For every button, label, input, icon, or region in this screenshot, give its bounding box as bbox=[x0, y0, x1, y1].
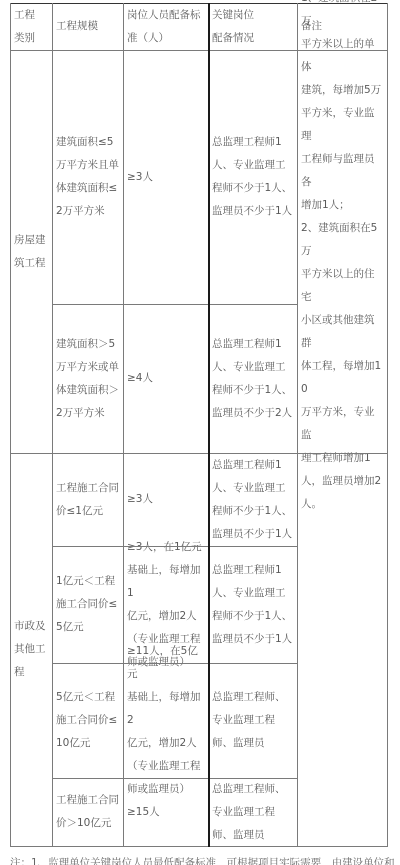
row-2-standard: ≥3人 bbox=[123, 453, 208, 546]
border-col-2 bbox=[123, 3, 124, 847]
border-row-2 bbox=[52, 546, 297, 547]
row-3-scale: 1亿元＜工程 施工合同价≤ 5亿元 bbox=[52, 546, 123, 663]
row-1-standard: ≥4人 bbox=[123, 304, 208, 453]
border-bottom bbox=[10, 846, 388, 847]
row-0-standard: ≥3人 bbox=[123, 50, 208, 304]
border-header bbox=[10, 50, 388, 51]
row-0-key-positions: 总监理工程师1 人、专业监理工 程师不少于1人、 监理员不少于1人 bbox=[208, 50, 297, 304]
row-5-key-positions: 总监理工程师、 专业监理工程 师、监理员 bbox=[208, 778, 297, 846]
border-col-1 bbox=[52, 3, 53, 847]
border-col-3 bbox=[208, 3, 210, 847]
border-category bbox=[10, 453, 388, 454]
row-0-scale: 建筑面积≤5 万平方米且单 体建筑面积≤ 2万平方米 bbox=[52, 50, 123, 304]
border-col-4 bbox=[297, 3, 298, 847]
row-1-scale: 建筑面积＞5 万平方米或单 体建筑面积＞ 2万平方米 bbox=[52, 304, 123, 453]
header-key-positions: 关键岗位 配备情况 bbox=[208, 3, 297, 50]
border-row-4 bbox=[52, 778, 297, 779]
row-3-key-positions: 总监理工程师1 人、专业监理工 程师不少于1人、 监理员不少于1人 bbox=[208, 546, 297, 663]
row-4-key-positions: 总监理工程师、 专业监理工程 师、监理员 bbox=[208, 663, 297, 778]
remarks-building: 1、建筑面积在2万 平方米以上的单体 建筑，每增加5万 平方米，专业监理 工程师… bbox=[297, 50, 388, 453]
footnote: 注：1、监理单位关键岗位人员最低配备标准，可根据项目实际需要，由建设单位和 bbox=[10, 856, 400, 865]
header-standard: 岗位人员配备标 准（人） bbox=[123, 3, 208, 50]
header-category: 工程 类别 bbox=[10, 3, 52, 50]
row-1-key-positions: 总监理工程师1 人、专业监理工 程师不少于1人、 监理员不少于2人 bbox=[208, 304, 297, 453]
row-4-standard: ≥11人，在5亿元 基础上，每增加2 亿元，增加2人 （专业监理工程 师或监理员… bbox=[123, 663, 208, 778]
row-2-key-positions: 总监理工程师1 人、专业监理工 程师不少于1人、 监理员不少于1人 bbox=[208, 453, 297, 546]
border-row-3 bbox=[52, 663, 297, 664]
row-5-scale: 工程施工合同 价＞10亿元 bbox=[52, 778, 123, 846]
header-scale: 工程规模 bbox=[52, 3, 123, 50]
category-building: 房屋建 筑工程 bbox=[10, 50, 52, 453]
row-2-scale: 工程施工合同 价≤1亿元 bbox=[52, 453, 123, 546]
border-left bbox=[10, 3, 11, 847]
row-4-scale: 5亿元＜工程 施工合同价≤ 10亿元 bbox=[52, 663, 123, 778]
border-right bbox=[387, 3, 388, 847]
category-municipal: 市政及 其他工 程 bbox=[10, 453, 52, 846]
border-top bbox=[10, 3, 388, 4]
staffing-table: 工程 类别 工程规模 岗位人员配备标 准（人） 关键岗位 配备情况 备注 房屋建… bbox=[10, 3, 388, 846]
row-5-standard: ≥15人 bbox=[123, 778, 208, 846]
border-row-0 bbox=[52, 304, 297, 305]
